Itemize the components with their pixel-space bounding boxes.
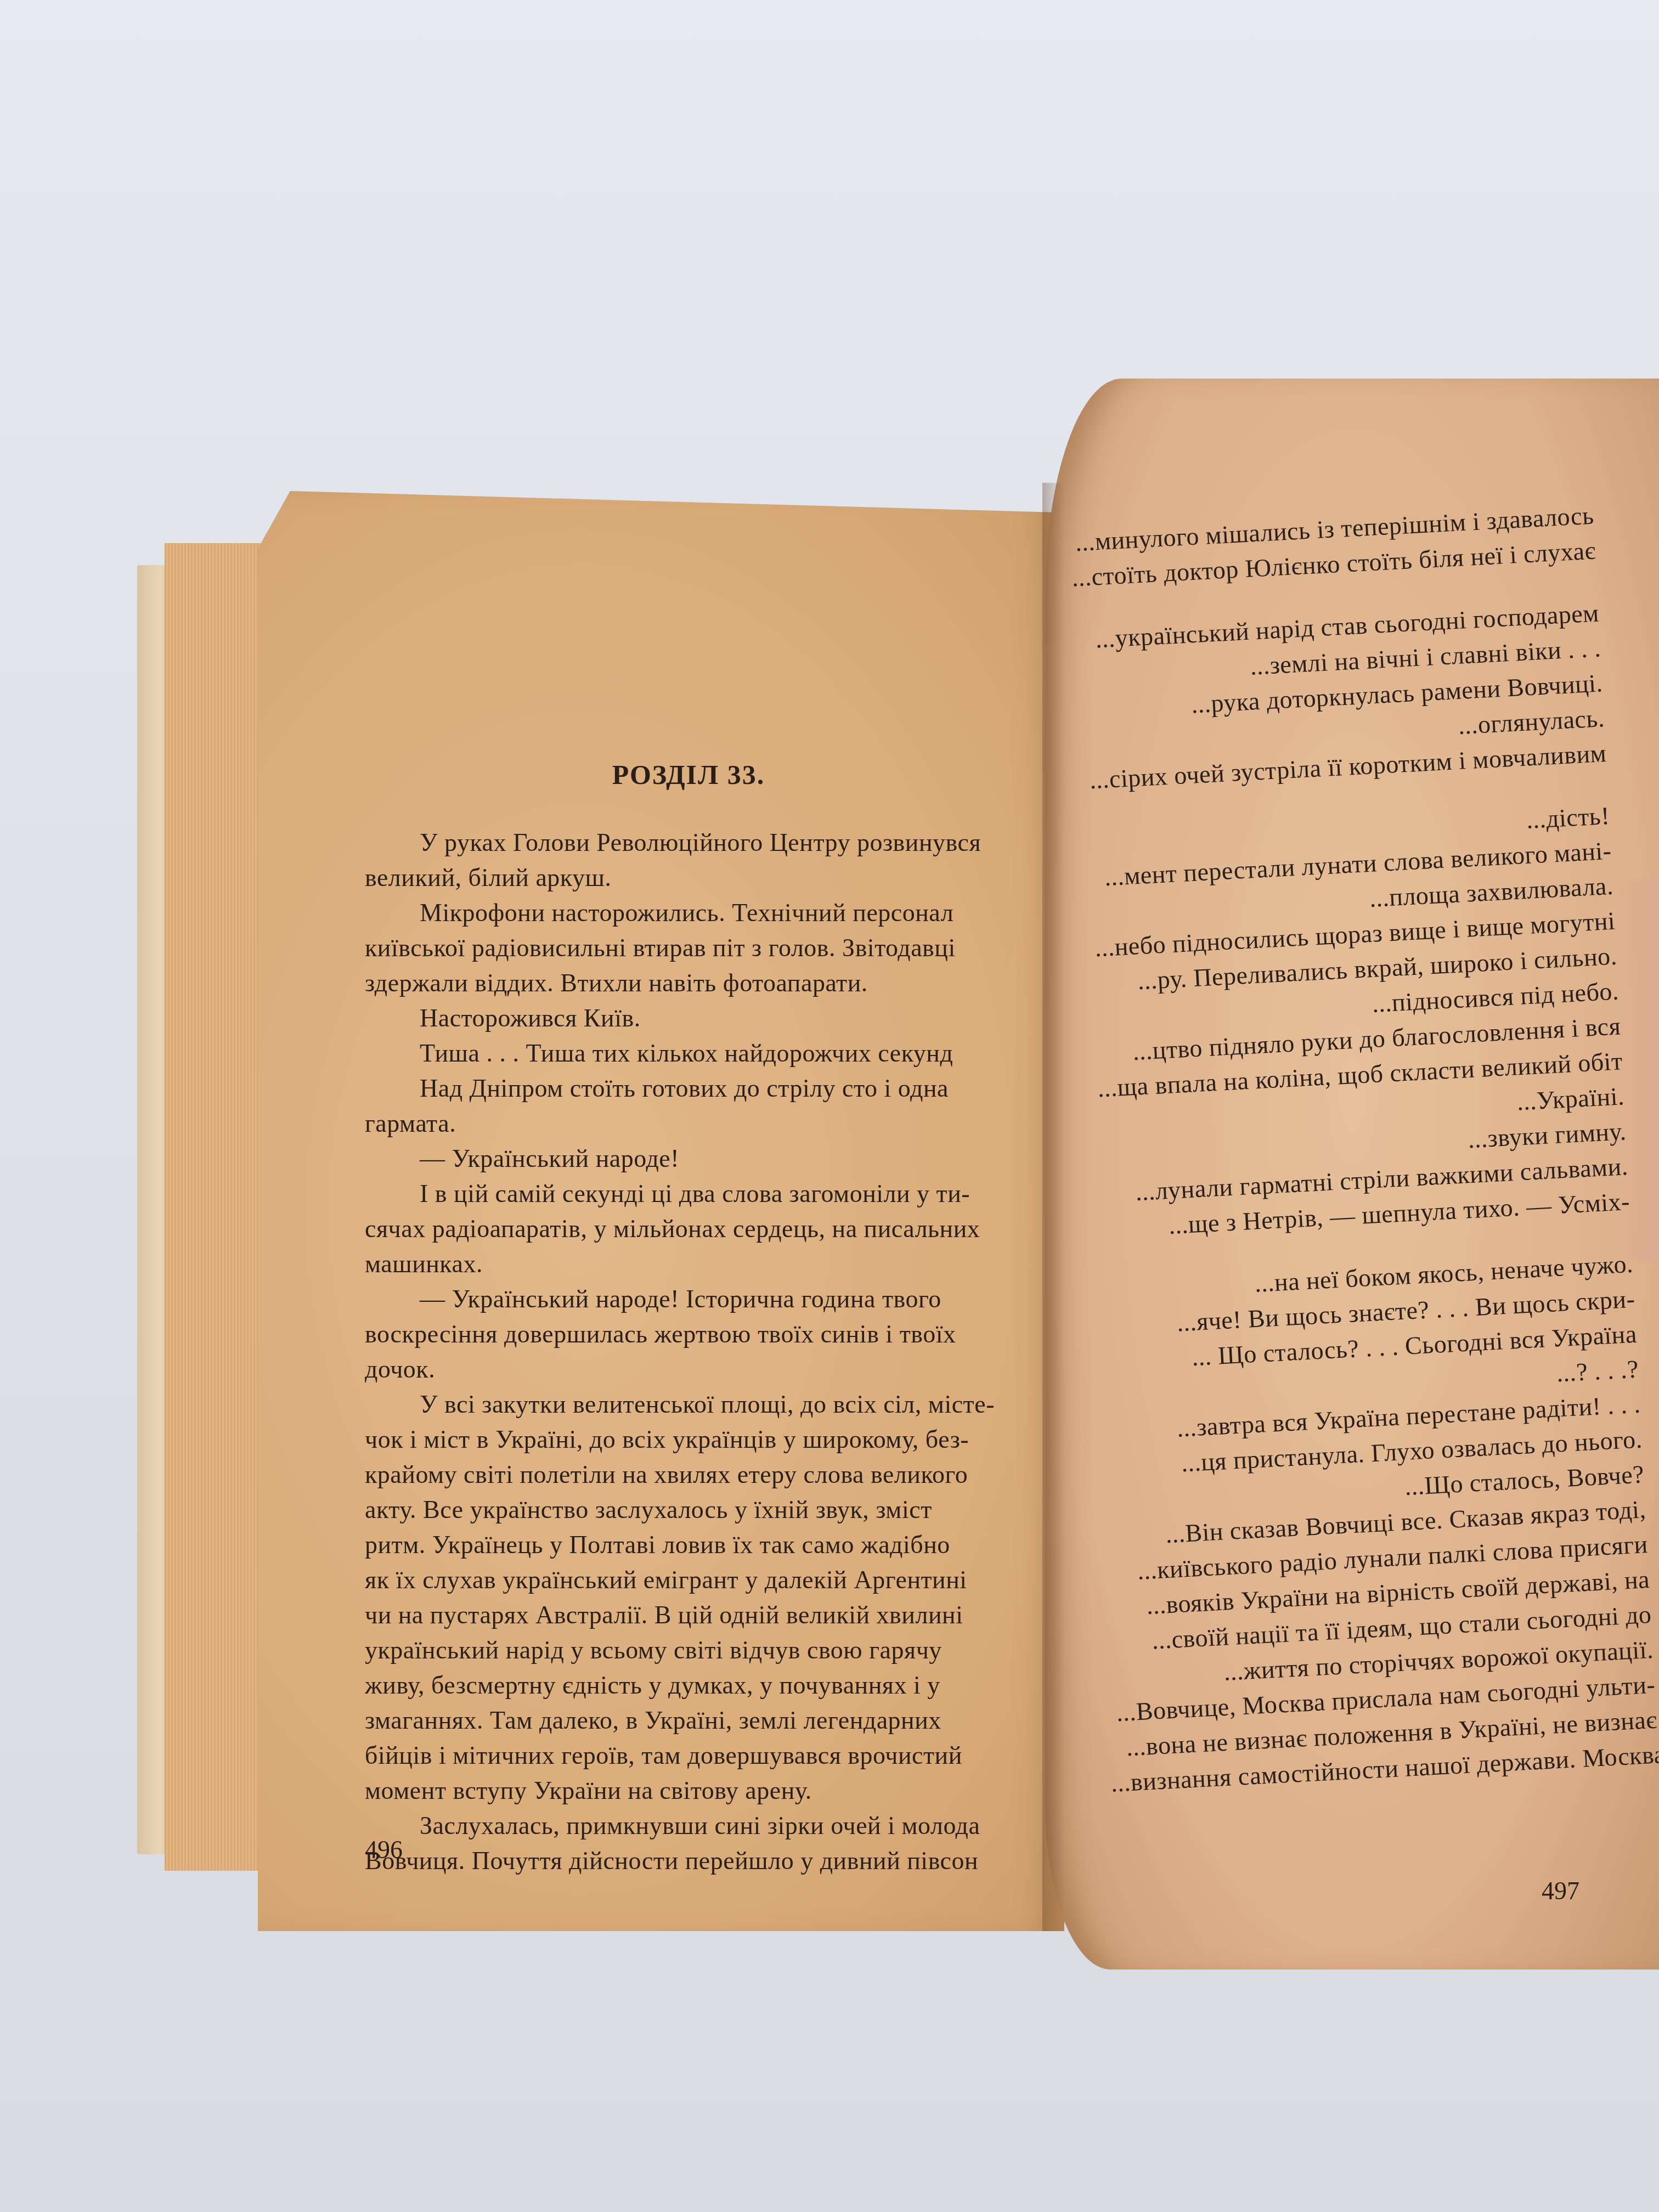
text-line: Над Дніпром стоїть готових до стрілу сто… (365, 1071, 1056, 1106)
text-line: воскресіння довершилась жертвою твоїх си… (365, 1317, 1056, 1352)
text-line: великий, білий аркуш. (365, 860, 1056, 895)
right-page-text: ...минулого мішались із теперішнім і зда… (1045, 498, 1659, 1801)
text-line: Заслухалась, примкнувши сині зірки очей … (365, 1808, 1056, 1843)
text-line: Насторожився Київ. (365, 1001, 1056, 1036)
text-line: чи на пустарях Австралії. В цій одній ве… (365, 1598, 1056, 1633)
text-line: бійців і мітичних героїв, там довершував… (365, 1738, 1056, 1773)
text-line: — Український народе! Історична година т… (365, 1282, 1056, 1317)
text-line: момент вступу України на світову арену. (365, 1773, 1056, 1808)
open-book: РОЗДІЛ 33. У руках Голови Революційного … (0, 0, 1659, 2212)
text-line: Мікрофони насторожились. Технічний персо… (365, 895, 1056, 930)
text-line: крайому світі полетіли на хвилях етеру с… (365, 1457, 1056, 1492)
text-line: ритм. Українець у Полтаві ловив їх так с… (365, 1527, 1056, 1562)
page-stack-edge (165, 543, 263, 1871)
page-number-left: 496 (365, 1835, 403, 1864)
text-line: український нарід у всьому світі відчув … (365, 1633, 1056, 1668)
text-line: гармата. (365, 1106, 1056, 1141)
left-page-lines: У руках Голови Революційного Центру розв… (365, 825, 1056, 1878)
text-line: І в цій самій секунді ці два слова загом… (365, 1176, 1056, 1211)
text-line: як їх слухав український емігрант у дале… (365, 1562, 1056, 1598)
text-line: сячах радіоапаратів, у мільйонах сердець… (365, 1211, 1056, 1246)
text-line: акту. Все українство заслухалось у їхній… (365, 1492, 1056, 1527)
right-page-lines: ...минулого мішались із теперішнім і зда… (1045, 498, 1659, 1801)
text-line: здержали віддих. Втихли навіть фотоапара… (365, 966, 1056, 1001)
text-line: У руках Голови Революційного Центру розв… (365, 825, 1056, 860)
text-line: київської радіовисильні втирав піт з гол… (365, 930, 1056, 966)
text-line: Вовчиця. Почуття дійсности перейшло у ди… (365, 1843, 1056, 1878)
text-line: Тиша . . . Тиша тих кількох найдорожчих … (365, 1036, 1056, 1071)
chapter-title: РОЗДІЛ 33. (365, 757, 1056, 792)
text-line: дочок. (365, 1352, 1056, 1387)
page-number-right: 497 (1542, 1876, 1579, 1905)
left-page-text: РОЗДІЛ 33. У руках Голови Революційного … (365, 757, 1056, 1878)
text-line: — Український народе! (365, 1141, 1056, 1176)
text-line: чок і міст в Україні, до всіх українців … (365, 1422, 1056, 1457)
text-line: У всі закутки велитенської площі, до всі… (365, 1387, 1056, 1422)
text-line: змаганнях. Там далеко, в Україні, землі … (365, 1703, 1056, 1738)
text-line: живу, безсмертну єдність у думках, у поч… (365, 1668, 1056, 1703)
text-line: машинках. (365, 1246, 1056, 1282)
